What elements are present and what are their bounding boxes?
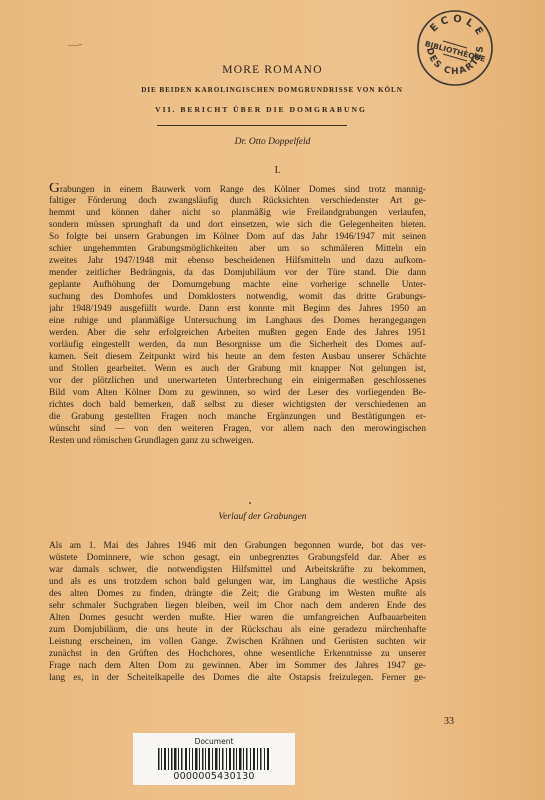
section-heading: Verlauf der Grabungen <box>0 512 545 522</box>
text-line: war damals schwer, die notwendigsten Hil… <box>49 564 426 576</box>
barcode-label: Document 0000005430 <box>133 733 295 785</box>
page-number: 33 <box>444 716 454 727</box>
text-line: Bild vom Alten Kölner Dom zu gewinnen, s… <box>49 387 426 399</box>
article-title: MORE ROMANO <box>0 64 545 76</box>
drop-cap: G <box>49 183 60 195</box>
text-line: mender zeitlicher Bedrängnis, da das Dom… <box>49 267 426 279</box>
article-subtitle: DIE BEIDEN KAROLINGISCHEN DOMGRUNDRISSE … <box>72 86 472 94</box>
text-line: geplante Aufhöhung der Domumgebung macht… <box>49 279 426 291</box>
text-line: zweites Jahr 1947/1948 mit ebenso besche… <box>49 255 426 267</box>
ornament-dot <box>249 502 251 504</box>
text-line: suchung des Domhofes und Domklosters not… <box>49 291 426 303</box>
text-line: vor der plötzlichen und unerwarteten Unt… <box>49 375 426 387</box>
text-line: werden. Aber die sehr erfolgreichen Arbe… <box>49 327 426 339</box>
text-line: jahr 1948/1949 ausgefüllt wurde. Dann er… <box>49 303 426 315</box>
text-line: vorläufig eingestellt werden, da nun Bes… <box>49 339 426 351</box>
scanned-page: ECOLE BIBLIOTHÈQUE DES CHARTES MORE ROMA… <box>0 0 545 800</box>
text-line: schier ungehemmten Grabungsmöglichkeiten… <box>49 243 426 255</box>
text-line: und Stollen gearbeitet. Wenn es auch der… <box>49 363 426 375</box>
author-name: Dr. Otto Doppelfeld <box>0 137 545 147</box>
text-line: eine ruhige und planmäßige Untersuchung … <box>49 315 426 327</box>
text-line: Alten Domes gesucht werden mußte. Hier w… <box>49 612 426 624</box>
text-line: lang es, in der Scheitelkapelle des Dome… <box>49 672 426 684</box>
text-line: faltiger Förderung doch zwangsläufig dur… <box>49 195 426 207</box>
text-line: zum Domjubiläum, die uns heute in der Rü… <box>49 624 426 636</box>
svg-text:ECOLE: ECOLE <box>428 13 486 40</box>
text-line: Frage nach dem Alten Dom zu gewinnen. Ab… <box>49 660 426 672</box>
text-line: und als es uns trotzdem schon bald gelun… <box>49 576 426 588</box>
section-number: I. <box>0 165 545 176</box>
text-line: zunächst in den Grüften des Hochchores, … <box>49 648 426 660</box>
barcode-icon <box>158 748 270 770</box>
barcode-title: Document <box>133 737 295 746</box>
title-divider <box>157 125 347 126</box>
section1-paragraph: Grabungen in einem Bauwerk vom Range des… <box>49 183 426 447</box>
text-line: sondern müssen sprunghaft da und dort ei… <box>49 219 426 231</box>
barcode-number: 0000005430130 <box>133 771 295 782</box>
text-line: Als am 1. Mai des Jahres 1946 mit den Gr… <box>49 540 426 552</box>
text-line: Resten und römischen Grundlagen ganz zu … <box>49 435 426 447</box>
text-line: des alten Domes zu finden, drängte die Z… <box>49 588 426 600</box>
text-line: wüstete Dominnere, wie schon gesagt, ein… <box>49 552 426 564</box>
report-title: VII. BERICHT ÜBER DIE DOMGRABUNG <box>96 105 426 114</box>
text-line: sehr schmaler Suchgraben liegen bleiben,… <box>49 600 426 612</box>
text-line: wünscht sind — von den weiteren Fragen, … <box>49 423 426 435</box>
text-line: die Grabung gestellten Fragen noch manch… <box>49 411 426 423</box>
text-line: richtes doch bald bemerken, daß selbst z… <box>49 399 426 411</box>
library-stamp-icon: ECOLE BIBLIOTHÈQUE DES CHARTES <box>415 8 495 88</box>
text-line: hemmt und können daher nicht so planmäßi… <box>49 207 426 219</box>
text-line: Leistung erscheinen, im vollen Gange. Zw… <box>49 636 426 648</box>
text-line: Grabungen in einem Bauwerk vom Range des… <box>49 183 426 195</box>
text-line: kamen. Seit diesem Zeitpunkt wird bis he… <box>49 351 426 363</box>
section2-paragraph: Als am 1. Mai des Jahres 1946 mit den Gr… <box>49 540 426 684</box>
ink-smudge <box>68 44 82 47</box>
text-line: So folgte bei unsern Grabungen im Kölner… <box>49 231 426 243</box>
